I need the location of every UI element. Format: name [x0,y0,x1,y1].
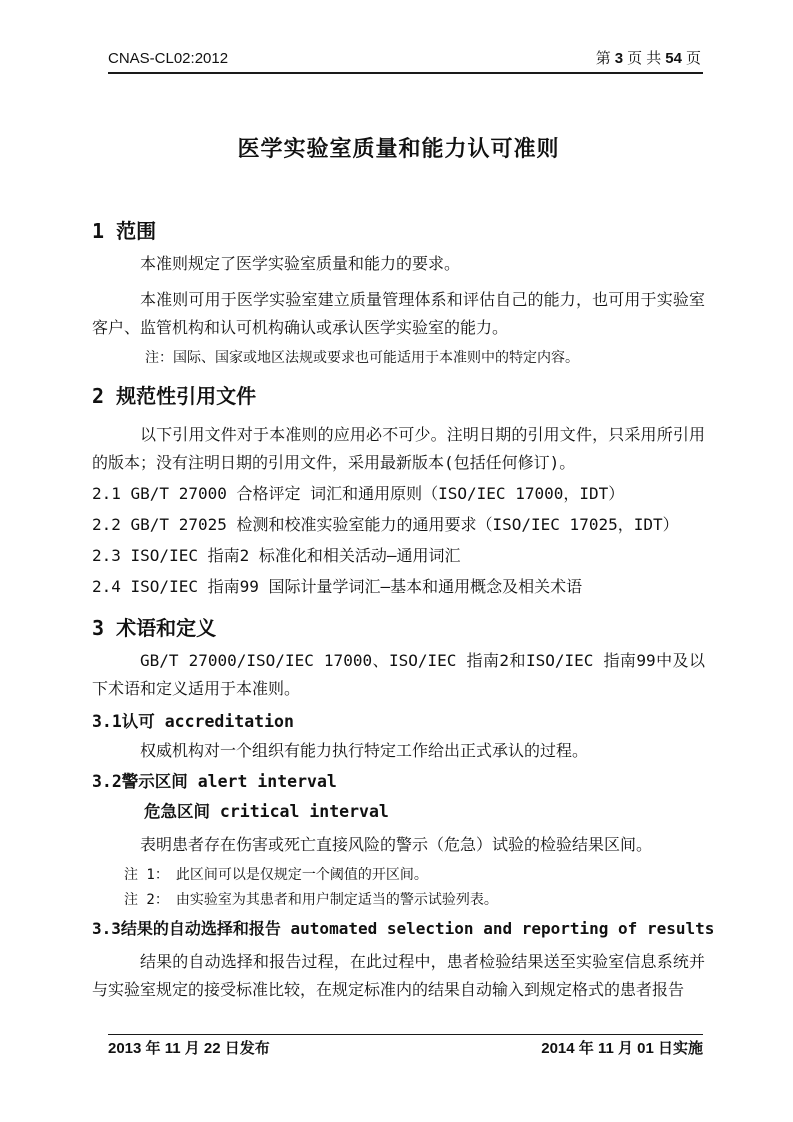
reference-item-2-4: 2.4 ISO/IEC 指南99 国际计量学词汇—基本和通用概念及相关术语 [92,573,705,601]
page-label-mid: 页 共 [627,50,661,67]
reference-item-2-2: 2.2 GB/T 27025 检测和校准实验室能力的通用要求（ISO/IEC 1… [92,511,705,539]
term-3-1-definition: 权威机构对一个组织有能力执行特定工作给出正式承认的过程。 [92,737,705,765]
section-1-paragraph-2: 本准则可用于医学实验室建立质量管理体系和评估自己的能力，也可用于实验室客户、监管… [92,286,705,342]
page-label-suffix: 页 [686,50,701,67]
document-title: 医学实验室质量和能力认可准则 [92,134,705,164]
term-3-2-definition: 表明患者存在伤害或死亡直接风险的警示（危急）试验的检验结果区间。 [92,831,705,859]
section-1-heading: 1 范围 [92,218,705,244]
document-body: 医学实验室质量和能力认可准则 1 范围 本准则规定了医学实验室质量和能力的要求。… [92,74,705,1004]
release-date: 2013 年 11 月 22 日发布 [108,1039,270,1059]
document-page: CNAS-CL02:2012 第3页 共54页 医学实验室质量和能力认可准则 1… [0,0,793,1122]
page-header: CNAS-CL02:2012 第3页 共54页 [108,50,703,74]
term-3-3-heading: 3.3结果的自动选择和报告 automated selection and re… [92,916,705,942]
page-footer: 2013 年 11 月 22 日发布 2014 年 11 月 01 日实施 [108,1034,703,1059]
section-2-paragraph-1: 以下引用文件对于本准则的应用必不可少。注明日期的引用文件，只采用所引用的版本；没… [92,421,705,477]
term-3-1-heading: 3.1认可 accreditation [92,709,705,735]
reference-item-2-1: 2.1 GB/T 27000 合格评定 词汇和通用原则（ISO/IEC 1700… [92,480,705,508]
term-3-2-alt-heading: 危急区间 critical interval [144,799,705,825]
doc-code: CNAS-CL02:2012 [108,50,228,68]
page-number-info: 第3页 共54页 [594,50,703,68]
total-page-number: 54 [665,50,682,67]
section-2-heading: 2 规范性引用文件 [92,383,705,409]
page-label-prefix: 第 [596,50,611,67]
term-3-3-definition: 结果的自动选择和报告过程，在此过程中，患者检验结果送至实验室信息系统并与实验室规… [92,948,705,1004]
section-1-paragraph-1: 本准则规定了医学实验室质量和能力的要求。 [92,250,705,278]
section-1-note: 注：国际、国家或地区法规或要求也可能适用于本准则中的特定内容。 [145,346,705,371]
implementation-date: 2014 年 11 月 01 日实施 [541,1039,703,1059]
term-3-2-note-1: 注 1： 此区间可以是仅规定一个阈值的开区间。 [124,863,705,888]
section-3-heading: 3 术语和定义 [92,615,705,641]
term-3-2-note-2: 注 2： 由实验室为其患者和用户制定适当的警示试验列表。 [124,888,705,913]
section-3-paragraph-1: GB/T 27000/ISO/IEC 17000、ISO/IEC 指南2和ISO… [92,647,705,703]
reference-item-2-3: 2.3 ISO/IEC 指南2 标准化和相关活动—通用词汇 [92,542,705,570]
term-3-2-heading: 3.2警示区间 alert interval [92,769,705,795]
current-page-number: 3 [615,50,623,67]
